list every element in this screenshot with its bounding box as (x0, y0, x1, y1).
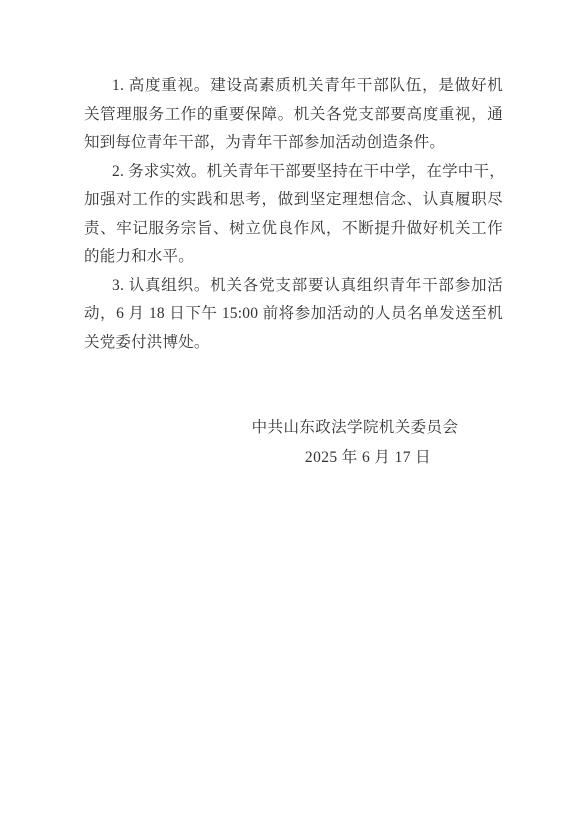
text-line-4: 2. 务求实效。机关青年干部要坚持在干中学，在学中干， (84, 158, 503, 187)
signature-block: 中共山东政法学院机关委员会 2025 年 6 月 17 日 (84, 413, 503, 473)
text-line-5: 加强对工作的实践和思考，做到坚定理想信念、认真履职尽 (84, 186, 503, 215)
text-line-1: 1. 高度重视。建设高素质机关青年干部队伍，是做好机 (84, 72, 503, 101)
text-line-9: 动，6 月 18 日下午 15:00 前将参加活动的人员名单发送至机 (84, 300, 503, 329)
signature-org-line: 中共山东政法学院机关委员会 (207, 413, 503, 443)
text-line-10: 关党委付洪博处。 (84, 329, 503, 358)
text-line-3: 知到每位青年干部，为青年干部参加活动创造条件。 (84, 129, 503, 158)
text-line-7: 的能力和水平。 (84, 243, 503, 272)
document-page: 1. 高度重视。建设高素质机关青年干部队伍，是做好机 关管理服务工作的重要保障。… (0, 0, 581, 824)
text-line-6: 责、牢记服务宗旨、树立优良作风，不断提升做好机关工作 (84, 215, 503, 244)
signature-date-line: 2025 年 6 月 17 日 (233, 443, 503, 473)
text-line-8: 3. 认真组织。机关各党支部要认真组织青年干部参加活 (84, 272, 503, 301)
document-body: 1. 高度重视。建设高素质机关青年干部队伍，是做好机 关管理服务工作的重要保障。… (0, 0, 581, 473)
text-line-2: 关管理服务工作的重要保障。机关各党支部要高度重视，通 (84, 101, 503, 130)
